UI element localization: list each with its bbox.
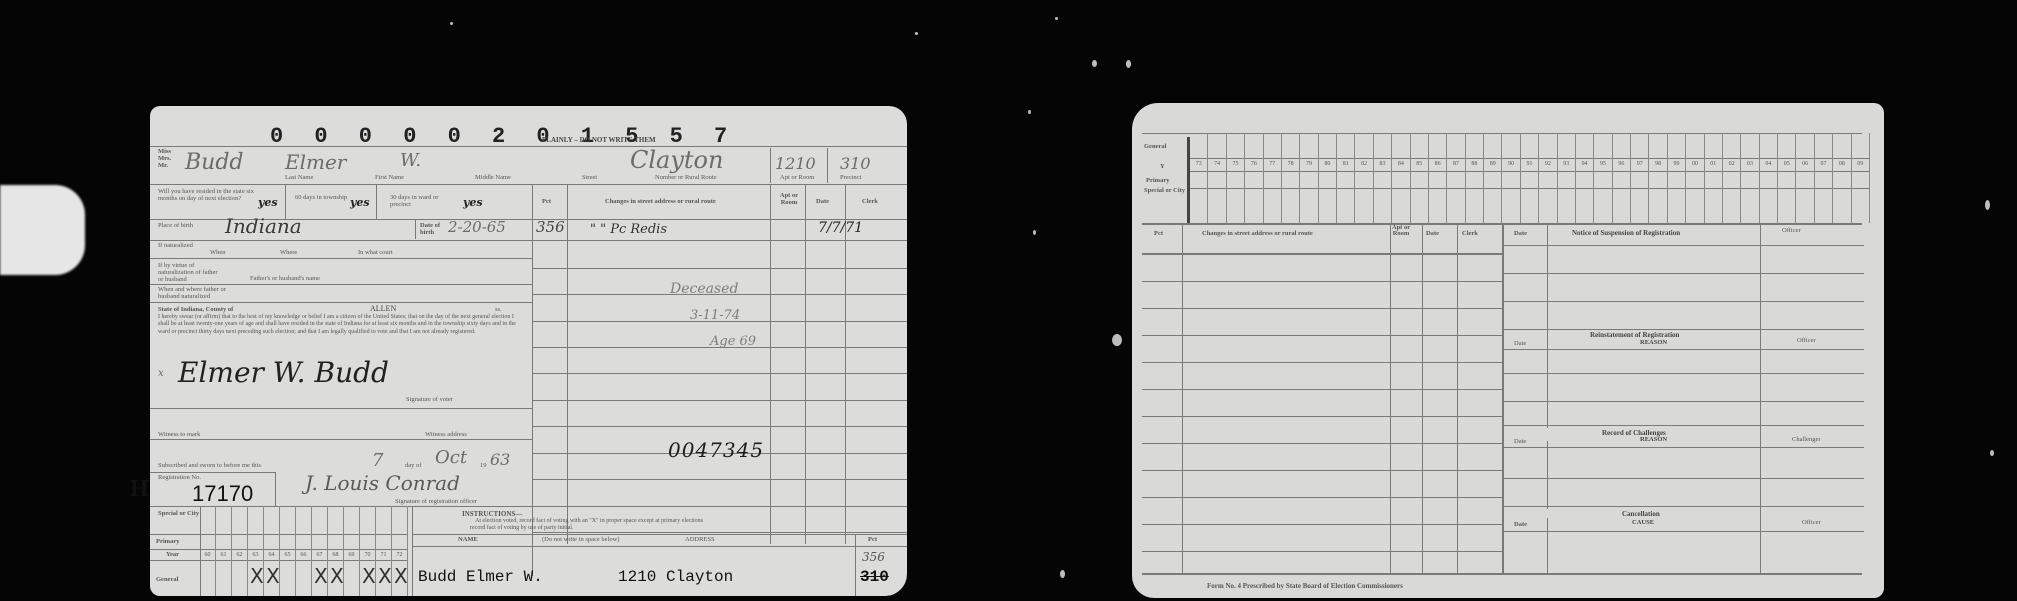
residency-question-1: Will you have resided in the state six m… xyxy=(158,188,258,202)
birthdate-value: 2-20-65 xyxy=(448,218,506,236)
note-age: Age 69 xyxy=(710,334,756,349)
footer-pct-label: Pct xyxy=(868,536,877,543)
middle-name-value: W. xyxy=(400,150,421,171)
residency-answer-2: yes xyxy=(350,196,370,209)
scan-speck xyxy=(1055,17,1058,20)
challenges-date-header: Date xyxy=(1514,438,1526,445)
changes-row1-clerk: 7/7/71 xyxy=(818,220,863,236)
back-grid-special: Special or City xyxy=(1144,187,1184,194)
footer-address: 1210 Clayton xyxy=(618,568,733,586)
honorifics: Miss Mrs. Mr. xyxy=(158,148,171,169)
suspension-date-header: Date xyxy=(1514,230,1527,237)
first-name-value: Elmer xyxy=(285,150,346,174)
oath-text: I hereby swear (or affirm) that to the b… xyxy=(158,314,523,336)
precinct-label: Precinct xyxy=(840,174,861,181)
residency-question-3: 30 days in ward or precinct xyxy=(390,194,460,208)
naturalized-where: Where xyxy=(280,249,297,256)
changes-clerk-header: Clerk xyxy=(862,198,878,205)
grid-label-year: Year xyxy=(166,551,179,558)
registration-card-front: 0 0 0 0 0 2 0 1 5 5 7 PLAINLY – DO NOT W… xyxy=(150,106,907,596)
footer-note: (Do not write in space below) xyxy=(542,536,619,543)
grid-label-special: Special or City xyxy=(156,510,201,517)
scan-speck xyxy=(1033,230,1036,235)
oath-ss: ss. xyxy=(495,306,502,313)
back-date-header: Date xyxy=(1426,230,1439,237)
officer-signature-label: Signature of registration officer xyxy=(395,498,477,505)
instructions-line2: record fact of voting by use of party in… xyxy=(470,525,573,531)
naturalized-court: In what court xyxy=(358,249,393,256)
registration-letter: H xyxy=(130,476,149,503)
naturalized-when: When xyxy=(210,249,226,256)
oath-county: ALLEN xyxy=(370,304,396,313)
witness-address-label: Witness address xyxy=(425,431,467,438)
footer-name: Budd Elmer W. xyxy=(418,568,543,586)
challenges-reason-header: REASON xyxy=(1640,436,1667,443)
officer-signature: J. Louis Conrad xyxy=(305,471,460,495)
parent-name-label: Father's or husband's name xyxy=(250,275,320,282)
scan-speck xyxy=(915,32,918,35)
parent-naturalization-label: If by virtue of naturalization of father… xyxy=(158,262,218,283)
subscribed-month: Oct xyxy=(435,447,467,468)
voter-signature: Elmer W. Budd xyxy=(178,356,389,389)
challenges-challenger-header: Challenger xyxy=(1792,436,1821,443)
stamp-number: 0047345 xyxy=(668,438,764,462)
subscribed-year-prefix: 19 xyxy=(480,462,487,469)
witness-mark-label: Witness to mark xyxy=(158,431,200,438)
changes-pct-header: Pct xyxy=(542,198,551,205)
parent-when-label: When and where father or husband natural… xyxy=(158,286,228,300)
registration-number: 17170 xyxy=(192,481,253,507)
footer-name-label: NAME xyxy=(458,536,478,543)
number-label: Number or Rural Route xyxy=(655,174,717,181)
street-value: Clayton xyxy=(630,146,723,174)
scan-speck xyxy=(1990,450,1994,456)
reinstatement-title: Reinstatement of Registration xyxy=(1590,331,1679,339)
changes-address-header: Changes in street address or rural route xyxy=(605,198,716,205)
footer-address-label: ADDRESS xyxy=(685,536,715,543)
signature-label: Signature of voter xyxy=(406,396,453,403)
subscribed-label: Subscribed and sworn to before me this xyxy=(158,462,261,469)
birthdate-label: Date of birth xyxy=(420,222,445,236)
scan-speck xyxy=(1112,334,1122,346)
scan-speck xyxy=(1028,110,1031,114)
scan-speck xyxy=(1060,570,1065,578)
scan-speck xyxy=(1985,200,1990,210)
middle-name-label: Middle Name xyxy=(475,174,511,181)
grid-label-general: General xyxy=(156,576,178,583)
residency-answer-3: yes xyxy=(463,196,483,209)
voting-grid-front: 60 61 62 63X 64X 65 66 67X 68X 69 70X 71… xyxy=(200,506,408,596)
suspension-title: Notice of Suspension of Registration xyxy=(1572,229,1680,237)
scan-speck xyxy=(1092,60,1097,67)
subscribed-year: 63 xyxy=(490,450,510,469)
back-change-header: Changes in street address or rural route xyxy=(1202,230,1313,237)
instructions-line1: At election voted, record fact of voting… xyxy=(475,518,703,524)
registration-card-back: General Y Primary Special or City 73 74 … xyxy=(1132,103,1884,598)
last-name-label: Last Name xyxy=(285,174,313,181)
changes-apt-header: Apt or Room xyxy=(774,192,804,206)
signature-prefix: x xyxy=(158,368,164,379)
naturalized-label: If naturalized xyxy=(158,242,193,249)
cancellation-officer-header: Officer xyxy=(1802,519,1821,526)
back-apt-header: Apt or Room xyxy=(1387,225,1415,237)
grid-label-primary: Primary xyxy=(156,538,179,545)
subscribed-day: 7 xyxy=(372,450,383,471)
registration-label: Registration No. xyxy=(158,474,201,481)
residency-answer-1: yes xyxy=(258,196,278,209)
note-deceased: Deceased xyxy=(670,281,738,297)
suspension-officer-header: Officer xyxy=(1782,227,1801,234)
scan-speck xyxy=(1126,60,1131,68)
apt-label: Apt or Room xyxy=(780,174,814,181)
last-name-value: Budd xyxy=(185,150,244,175)
instructions-title: INSTRUCTIONS— xyxy=(462,510,522,518)
apt-value: 1210 xyxy=(775,154,816,173)
back-grid-primary: Primary xyxy=(1146,177,1169,184)
changes-row1-address: " " Pc Redis xyxy=(590,222,667,237)
reinstatement-officer-header: Officer xyxy=(1797,337,1816,344)
changes-row1-pct: 356 xyxy=(536,218,565,236)
scan-speck xyxy=(450,22,453,25)
residency-question-2: 60 days in township xyxy=(295,194,350,201)
footer-pct-old: 310 xyxy=(860,568,889,586)
reinstatement-reason-header: REASON xyxy=(1640,339,1667,346)
subscribed-day-label: day of xyxy=(405,462,421,469)
form-footer: Form No. 4 Prescribed by State Board of … xyxy=(1207,582,1403,590)
back-pct-header: Pct xyxy=(1154,230,1163,237)
cancellation-cause-header: CAUSE xyxy=(1632,519,1654,526)
registration-box: Registration No. 17170 xyxy=(150,472,276,507)
note-date: 3-11-74 xyxy=(690,308,740,323)
cancellation-date-header: Date xyxy=(1514,521,1527,528)
precinct-value: 310 xyxy=(840,154,871,173)
voting-grid-back: 73 74 75 76 77 78 79 80 81 82 83 84 85 8… xyxy=(1190,133,1870,223)
reinstatement-date-header: Date xyxy=(1514,340,1526,347)
back-grid-year: Y xyxy=(1160,163,1165,170)
birthplace-value: Indiana xyxy=(225,214,302,238)
changes-date-header: Date xyxy=(816,198,829,205)
oath-state-label: State of Indiana, County of xyxy=(158,306,233,313)
cancellation-title: Cancellation xyxy=(1622,510,1660,518)
first-name-label: First Name xyxy=(375,174,404,181)
birthplace-label: Place of birth xyxy=(158,222,198,229)
header-note: PLAINLY – DO NOT WRITE THEM xyxy=(542,136,656,144)
back-grid-general: General xyxy=(1144,143,1166,150)
street-label: Street xyxy=(582,174,597,181)
scan-artifact-blob xyxy=(0,185,85,275)
footer-pct-new: 356 xyxy=(862,550,885,564)
back-clerk-header: Clerk xyxy=(1462,230,1478,237)
